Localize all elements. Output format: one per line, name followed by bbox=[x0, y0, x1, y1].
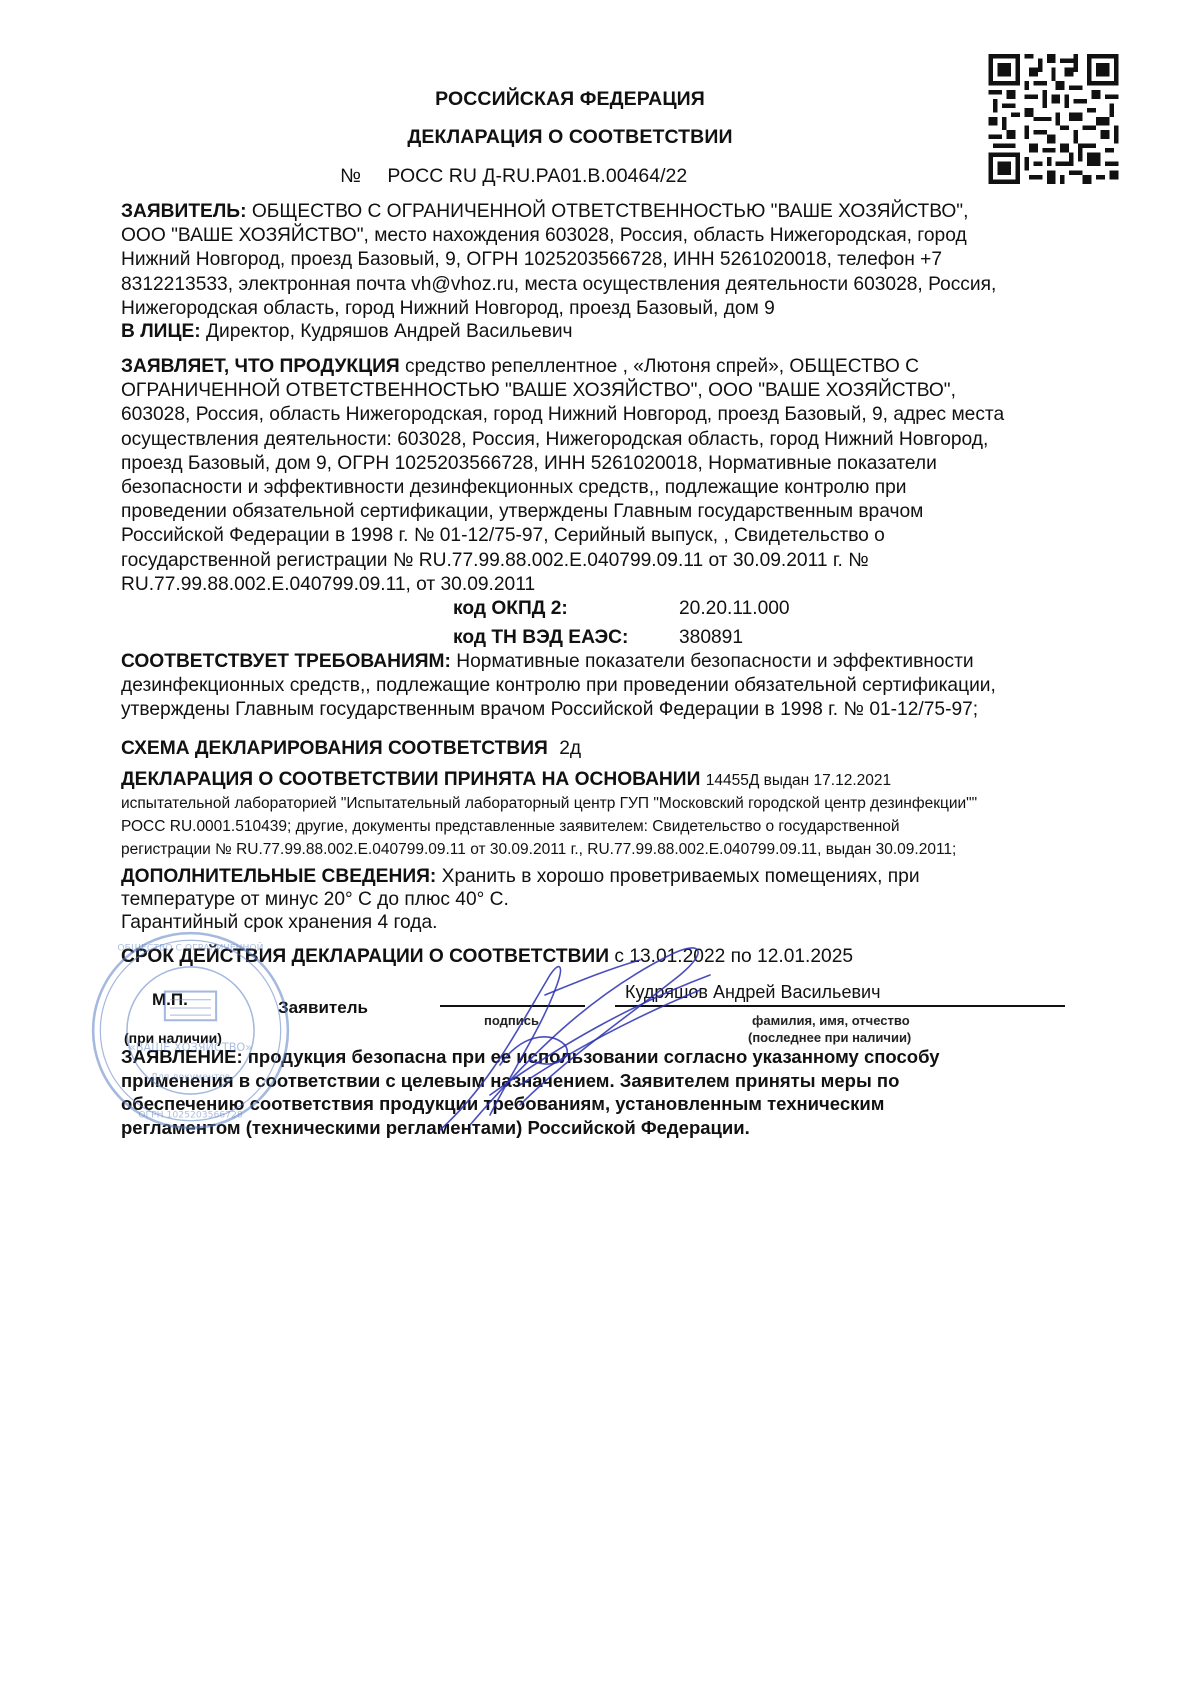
declares-line: осуществления деятельности: 603028, Росс… bbox=[121, 428, 1081, 452]
statement-line: регламентом (техническими регламентами) … bbox=[121, 1116, 1101, 1140]
basis-line: РОСС RU.0001.510439; другие, документы п… bbox=[121, 815, 1081, 838]
conforms-line: дезинфекционных средств,, подлежащие кон… bbox=[121, 674, 1081, 698]
declares-line: проведении обязательной сертификации, ут… bbox=[121, 500, 1081, 524]
code-row-tnved: код ТН ВЭД ЕАЭС:380891 bbox=[453, 623, 790, 652]
declares-line: проезд Базовый, дом 9, ОГРН 102520356672… bbox=[121, 452, 1081, 476]
code-label: код ОКПД 2: bbox=[453, 594, 679, 623]
declares-line: государственной регистрации № RU.77.99.8… bbox=[121, 549, 1081, 573]
seal-label: М.П. bbox=[152, 990, 188, 1010]
declares-line: средство репеллентное , «Лютоня спрей», … bbox=[405, 356, 919, 377]
signature-caption: подпись bbox=[484, 1013, 539, 1028]
country-heading: РОССИЙСКАЯ ФЕДЕРАЦИЯ bbox=[0, 88, 1140, 111]
declares-line: ОГРАНИЧЕННОЙ ОТВЕТСТВЕННОСТЬЮ "ВАШЕ ХОЗЯ… bbox=[121, 379, 1081, 403]
name-caption: фамилия, имя, отчество bbox=[752, 1013, 910, 1028]
represented-by-value: Директор, Кудряшов Андрей Васильевич bbox=[206, 321, 573, 342]
applicant-line: Нижний Новгород, проезд Базовый, 9, ОГРН… bbox=[121, 248, 1081, 272]
additional-line: температуре от минус 20° С до плюс 40° С… bbox=[121, 888, 1081, 911]
codes-block: код ОКПД 2:20.20.11.000 код ТН ВЭД ЕАЭС:… bbox=[453, 594, 790, 652]
number-sign: № bbox=[340, 165, 382, 188]
represented-by-section: В ЛИЦЕ: Директор, Кудряшов Андрей Василь… bbox=[121, 320, 1081, 344]
declares-line: безопасности и эффективности дезинфекцио… bbox=[121, 476, 1081, 500]
applicant-line: 8312213533, электронная почта vh@vhoz.ru… bbox=[121, 273, 1081, 297]
applicant-line: Нижегородская область, город Нижний Новг… bbox=[121, 297, 1081, 321]
additional-line: Хранить в хорошо проветриваемых помещени… bbox=[442, 866, 920, 887]
basis-line: испытательной лабораторией "Испытательны… bbox=[121, 792, 1081, 815]
conforms-label: СООТВЕТСТВУЕТ ТРЕБОВАНИЯМ: bbox=[121, 651, 451, 672]
additional-section: ДОПОЛНИТЕЛЬНЫЕ СВЕДЕНИЯ: Хранить в хорош… bbox=[121, 865, 1081, 934]
name-caption-note: (последнее при наличии) bbox=[748, 1030, 911, 1045]
code-value: 20.20.11.000 bbox=[679, 598, 790, 619]
applicant-section: ЗАЯВИТЕЛЬ: ОБЩЕСТВО С ОГРАНИЧЕННОЙ ОТВЕТ… bbox=[121, 200, 1081, 321]
represented-by-label: В ЛИЦЕ: bbox=[121, 321, 201, 342]
applicant-line: ОБЩЕСТВО С ОГРАНИЧЕННОЙ ОТВЕТСТВЕННОСТЬЮ… bbox=[252, 201, 969, 222]
applicant-sign-label: Заявитель bbox=[278, 998, 368, 1018]
conforms-line: Нормативные показатели безопасности и эф… bbox=[456, 651, 973, 672]
validity-value: с 13.01.2022 по 12.01.2025 bbox=[614, 946, 853, 967]
statement-line: ЗАЯВЛЕНИЕ: продукция безопасна при ее ис… bbox=[121, 1045, 1101, 1069]
scheme-value: 2д bbox=[559, 738, 581, 759]
applicant-label: ЗАЯВИТЕЛЬ: bbox=[121, 201, 246, 222]
seal-note: (при наличии) bbox=[124, 1030, 222, 1046]
conforms-line: утверждены Главным государственным врачо… bbox=[121, 698, 1081, 722]
applicant-line: ООО "ВАШЕ ХОЗЯЙСТВО", место нахождения 6… bbox=[121, 224, 1081, 248]
declaration-number-row: № РОСС RU Д-RU.РА01.В.00464/22 bbox=[340, 165, 687, 188]
additional-line: Гарантийный срок хранения 4 года. bbox=[121, 911, 1081, 934]
statement-line: обеспечению соответствия продукции требо… bbox=[121, 1092, 1101, 1116]
declares-line: Российской Федерации в 1998 г. № 01-12/7… bbox=[121, 524, 1081, 548]
basis-line: 14455Д выдан 17.12.2021 bbox=[706, 772, 891, 789]
additional-label: ДОПОЛНИТЕЛЬНЫЕ СВЕДЕНИЯ: bbox=[121, 866, 436, 887]
declaration-number: РОСС RU Д-RU.РА01.В.00464/22 bbox=[387, 165, 687, 187]
code-row-okpd: код ОКПД 2:20.20.11.000 bbox=[453, 594, 790, 623]
statement-line: применения в соответствии с целевым назн… bbox=[121, 1069, 1101, 1093]
validity-label: СРОК ДЕЙСТВИЯ ДЕКЛАРАЦИИ О СООТВЕТСТВИИ bbox=[121, 946, 609, 967]
qr-code-icon bbox=[985, 54, 1122, 184]
name-line bbox=[615, 1005, 1065, 1007]
signature-line bbox=[440, 1005, 585, 1007]
declares-label: ЗАЯВЛЯЕТ, ЧТО ПРОДУКЦИЯ bbox=[121, 356, 400, 377]
code-value: 380891 bbox=[679, 627, 743, 648]
basis-line: регистрации № RU.77.99.88.002.Е.040799.0… bbox=[121, 838, 1081, 861]
validity-section: СРОК ДЕЙСТВИЯ ДЕКЛАРАЦИИ О СООТВЕТСТВИИ … bbox=[121, 945, 1081, 969]
declares-section: ЗАЯВЛЯЕТ, ЧТО ПРОДУКЦИЯ средство репелле… bbox=[121, 355, 1081, 597]
statement-section: ЗАЯВЛЕНИЕ: продукция безопасна при ее ис… bbox=[121, 1045, 1101, 1139]
basis-section: ДЕКЛАРАЦИЯ О СООТВЕТСТВИИ ПРИНЯТА НА ОСН… bbox=[121, 768, 1081, 861]
declares-line: 603028, Россия, область Нижегородская, г… bbox=[121, 403, 1081, 427]
code-label: код ТН ВЭД ЕАЭС: bbox=[453, 623, 679, 652]
scheme-section: СХЕМА ДЕКЛАРИРОВАНИЯ СООТВЕТСТВИЯ 2д bbox=[121, 737, 1081, 761]
conforms-section: СООТВЕТСТВУЕТ ТРЕБОВАНИЯМ: Нормативные п… bbox=[121, 650, 1081, 723]
signer-full-name: Кудряшов Андрей Васильевич bbox=[625, 982, 880, 1003]
basis-label: ДЕКЛАРАЦИЯ О СООТВЕТСТВИИ ПРИНЯТА НА ОСН… bbox=[121, 769, 700, 790]
document-title: ДЕКЛАРАЦИЯ О СООТВЕТСТВИИ bbox=[0, 126, 1140, 149]
scheme-label: СХЕМА ДЕКЛАРИРОВАНИЯ СООТВЕТСТВИЯ bbox=[121, 738, 548, 759]
